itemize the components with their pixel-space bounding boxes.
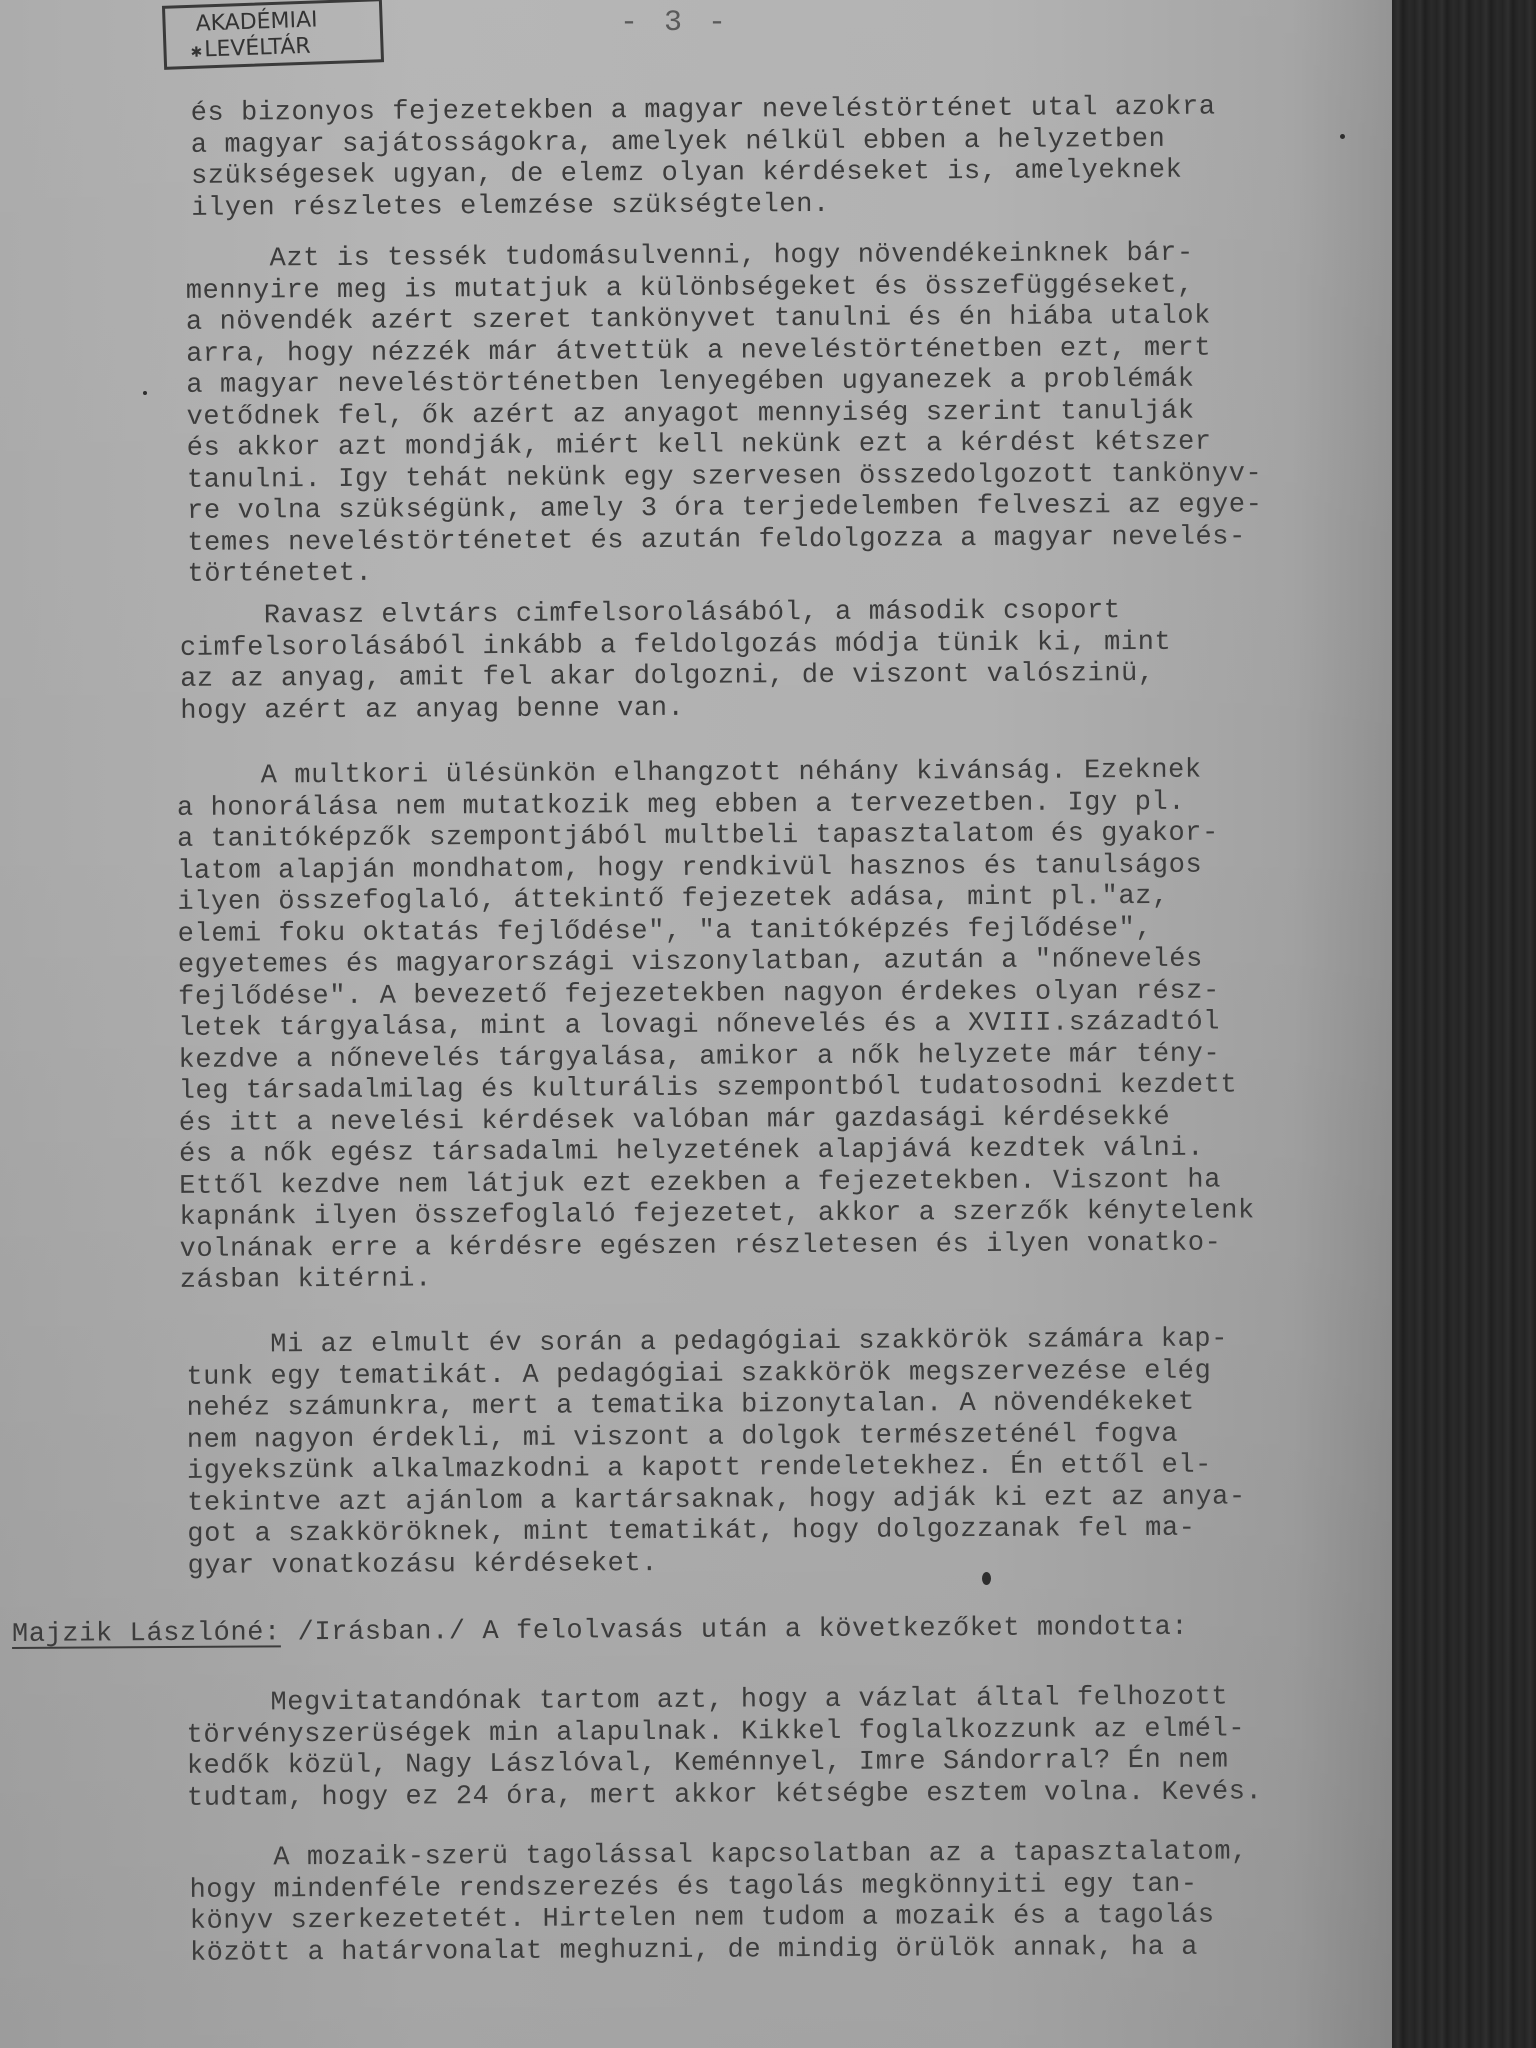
text-line: történetet. [187, 553, 1263, 591]
text-line: volnának erre a kérdésre egészen részlet… [180, 1228, 1256, 1266]
paragraph: A multkori ülésünkön elhangzott néhány k… [177, 755, 1256, 1297]
text-line: szükségesek ugyan, de elemz olyan kérdés… [191, 156, 1216, 194]
paragraph: Azt is tessék tudomásulvenni, hogy növen… [185, 238, 1262, 591]
paragraph: és bizonyos fejezetekben a magyar nevelé… [191, 93, 1217, 225]
page-number: - 3 - [620, 6, 730, 40]
paragraph: Ravasz elvtárs cimfelsorolásából, a máso… [180, 596, 1172, 728]
text-line: zásban kitérni. [180, 1259, 1256, 1297]
ink-speck [143, 391, 147, 395]
text-line: temes neveléstörténetet és azután feldol… [187, 522, 1263, 560]
paragraph: Megvitatandónak tartom azt, hogy a vázla… [186, 1682, 1262, 1815]
speaker-name: Majzik Lászlóné: [12, 1618, 281, 1650]
text-line: tudtam, hogy ez 24 óra, mert akkor kétsé… [187, 1777, 1263, 1815]
paragraph: Mi az elmult év során a pedagógiai szakk… [186, 1324, 1246, 1582]
ink-speck [1340, 134, 1345, 139]
scanned-document-page: AKADÉMIAI ✱LEVÉLTÁR - 3 - és bizonyos fe… [0, 0, 1536, 2048]
stamp-line-2: ✱LEVÉLTÁR [190, 31, 381, 66]
paragraph: A mozaik-szerü tagolással kapcsolatban a… [189, 1837, 1248, 1969]
text-line: ilyen részletes elemzése szükségtelen. [191, 187, 1216, 225]
book-binding-edge [1392, 0, 1536, 2048]
text-line: között a határvonalat meghuzni, de mindi… [190, 1932, 1249, 1970]
text-line: hogy azért az anyag benne van. [180, 690, 1172, 728]
archive-stamp: AKADÉMIAI ✱LEVÉLTÁR [162, 0, 384, 70]
text-line: got a szakköröknek, mint tematikát, hogy… [187, 1513, 1246, 1551]
speaker-note: /Irásban./ A felolvasás után a következő… [281, 1613, 1189, 1649]
text-line: az az anyag, amit fel akar dolgozni, de … [180, 659, 1172, 697]
ink-speck [982, 1572, 991, 1585]
text-line: gyar vonatkozásu kérdéseket. [187, 1545, 1246, 1583]
asterisk-mark-icon: ✱ [190, 44, 202, 60]
